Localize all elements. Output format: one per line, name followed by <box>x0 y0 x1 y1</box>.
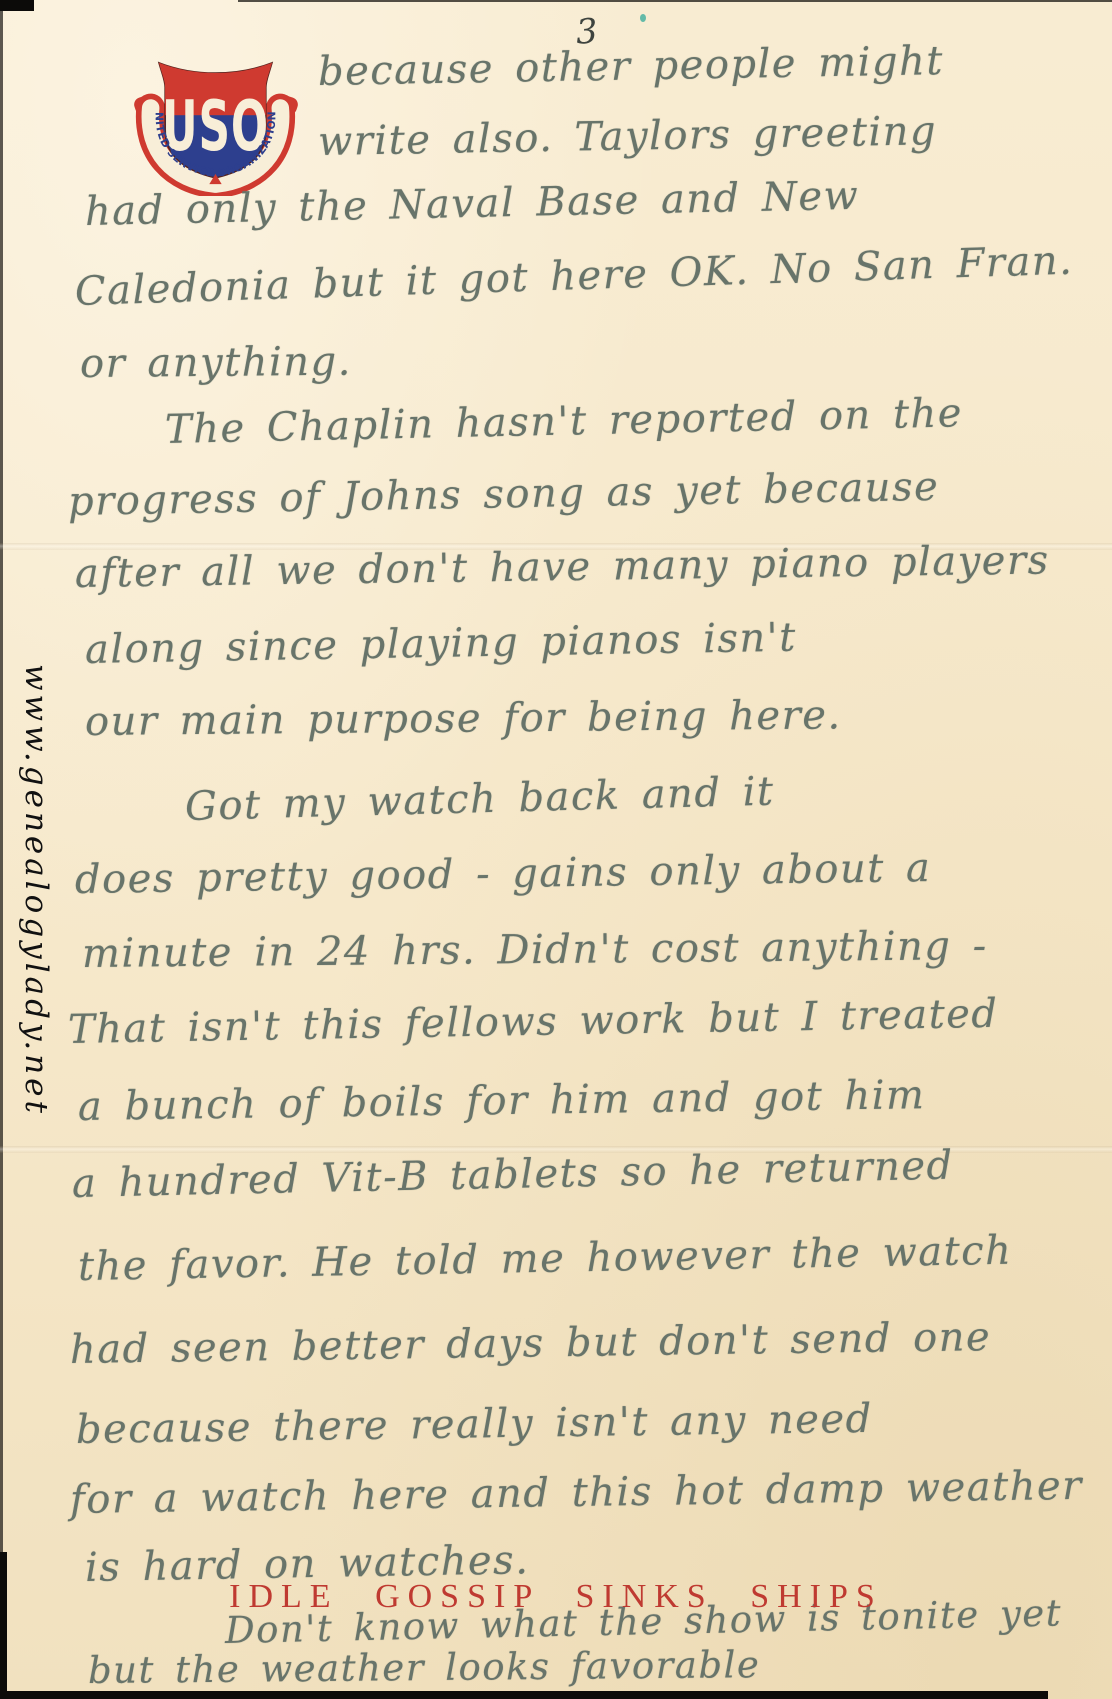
handwritten-line: write also. Taylors greeting <box>318 111 938 162</box>
handwritten-line: Caledonia but it got here OK. No San Fra… <box>74 241 1073 312</box>
handwritten-line: or anything. <box>80 342 352 384</box>
uso-shield-icon: USO UNITED SERVICE ORGANIZATIONS <box>126 56 306 196</box>
handwritten-line: because other people might <box>318 41 945 92</box>
handwritten-line: does pretty good - gains only about a <box>75 848 932 900</box>
handwritten-line: for a watch here and this hot damp weath… <box>70 1466 1083 1520</box>
scan-edge-left <box>0 0 3 1699</box>
handwritten-line: our main purpose for being here. <box>85 695 842 742</box>
printed-slogan: IDLE GOSSIP SINKS SHIPS <box>0 1578 1112 1616</box>
handwritten-line: had seen better days but don't send one <box>70 1317 992 1370</box>
handwritten-line: along since playing pianos isn't <box>85 618 797 670</box>
letter-page-scan: 3 USO UNIT <box>0 0 1112 1699</box>
handwritten-line: the favor. He told me however the watch <box>78 1231 1013 1287</box>
handwritten-line: minute in 24 hrs. Didn't cost anything - <box>82 926 988 974</box>
scan-corner-mark <box>0 0 34 11</box>
handwritten-line: progress of Johns song as yet because <box>68 467 940 522</box>
uso-logo: USO UNITED SERVICE ORGANIZATIONS <box>126 56 306 196</box>
handwritten-line: after all we don't have many piano playe… <box>75 540 1050 594</box>
handwritten-line: The Chaplin hasn't reported on the <box>165 393 964 450</box>
handwritten-line: because there really isn't any need <box>76 1399 873 1450</box>
scan-edge-left-bottom <box>0 1552 7 1699</box>
scan-edge-bottom <box>0 1691 1048 1699</box>
handwritten-line: Got my watch back and it <box>184 772 775 827</box>
ink-speck <box>640 14 646 22</box>
handwritten-line: That isn't this fellows work but I treat… <box>68 994 999 1050</box>
handwritten-line: a hundred Vit-B tablets so he returned <box>72 1146 954 1204</box>
scan-edge-top <box>238 0 1112 2</box>
watermark-url: www.genealogylady.net <box>18 664 54 1164</box>
handwritten-line: a bunch of boils for him and got him <box>78 1075 926 1127</box>
handwritten-line: but the weather looks favorable <box>88 1646 761 1689</box>
